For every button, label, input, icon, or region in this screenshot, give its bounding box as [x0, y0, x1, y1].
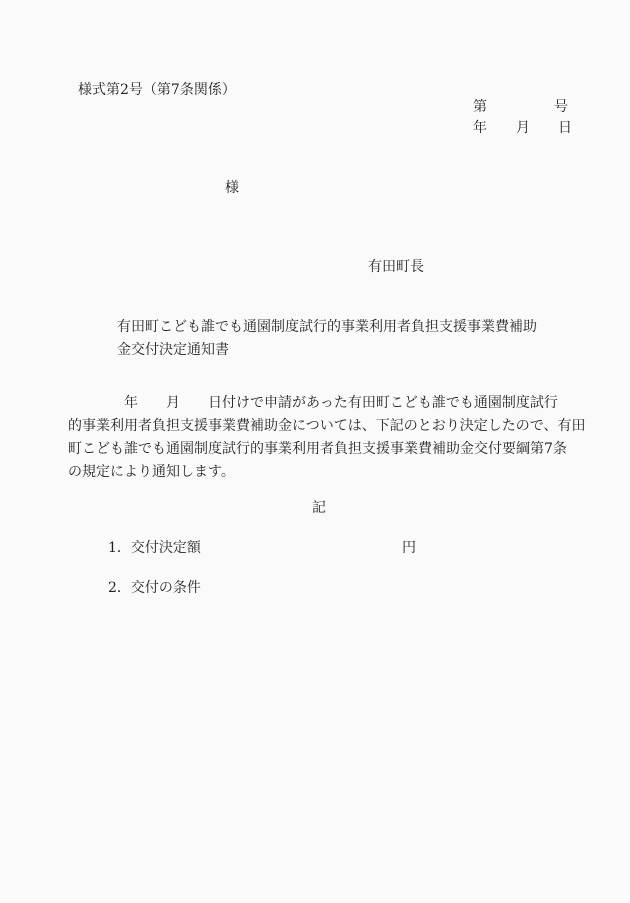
body-paragraph: 年 月 日付けで申請があった有田町こども誰でも通園制度試行 的事業利用者負担支援… — [68, 392, 585, 484]
item-unit-yen: 円 — [402, 541, 416, 555]
record-marker: 記 — [68, 501, 570, 515]
date-day-label: 日 — [558, 121, 572, 135]
doc-number-suffix: 号 — [554, 100, 568, 114]
item-label: 1．交付決定額 — [108, 540, 201, 556]
body-line-4: の規定により通知します。 — [68, 461, 585, 484]
document-number-line: 第 号 — [0, 100, 630, 115]
list-item-grant-conditions: 2．交付の条件 — [108, 581, 568, 596]
form-number-label: 様式第2号（第7条関係） — [78, 83, 236, 97]
date-line: 年 月 日 — [0, 121, 630, 136]
document-title: 有田町こども誰でも通園制度試行的事業利用者負担支援事業費補助 金交付決定通知書 — [117, 316, 537, 362]
sender-name: 有田町長 — [368, 260, 424, 274]
doc-number-prefix: 第 — [473, 100, 487, 114]
document-page: 様式第2号（第7条関係） 第 号 年 月 日 様 有田町長 有田町こども誰でも通… — [0, 0, 630, 903]
body-line-3: 町こども誰でも通園制度試行的事業利用者負担支援事業費補助金交付要綱第7条 — [68, 438, 585, 461]
list-item-grant-amount: 1．交付決定額 円 — [108, 541, 568, 556]
date-year-label: 年 — [473, 121, 487, 135]
item-label: 2．交付の条件 — [108, 580, 201, 596]
document-title-line-2: 金交付決定通知書 — [117, 339, 537, 362]
document-title-line-1: 有田町こども誰でも通園制度試行的事業利用者負担支援事業費補助 — [117, 316, 537, 339]
date-month-label: 月 — [516, 121, 530, 135]
body-line-2: 的事業利用者負担支援事業費補助金については、下記のとおり決定したので、有田 — [68, 415, 585, 438]
body-line-1: 年 月 日付けで申請があった有田町こども誰でも通園制度試行 — [68, 392, 585, 415]
recipient-honorific: 様 — [225, 181, 239, 195]
